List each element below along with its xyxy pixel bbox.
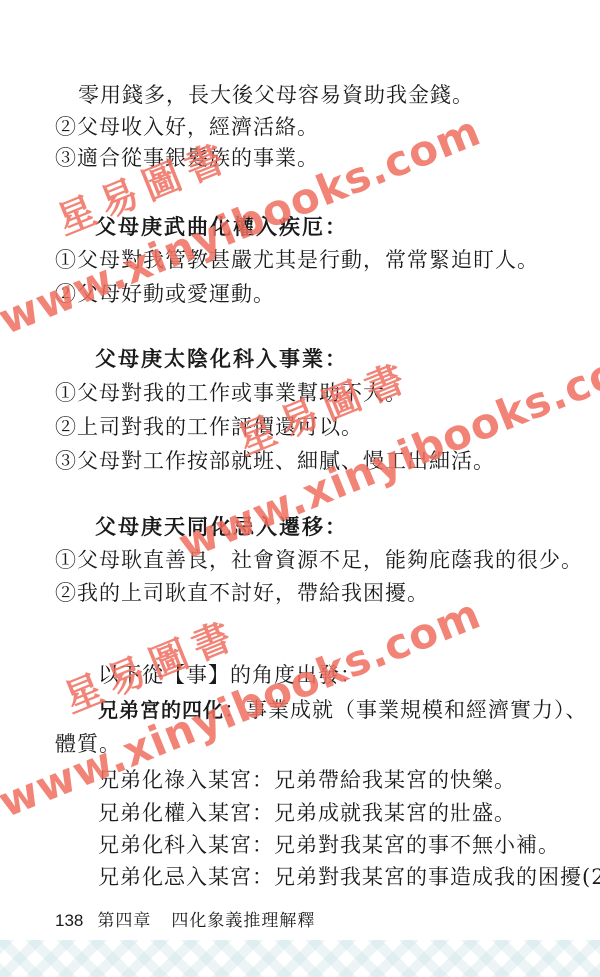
siblings-line: 兄弟宮的四化：事業成就（事業規模和經濟實力）、 xyxy=(98,697,588,723)
text-line: ③適合從事銀髮族的事業。 xyxy=(55,145,319,171)
siblings-continuation: 體質。 xyxy=(55,731,121,757)
list-item: 兄弟化科入某宮：兄弟對我某宮的事不無小補。 xyxy=(98,832,560,858)
siblings-text: ：事業成就（事業規模和經濟實力）、 xyxy=(224,698,588,722)
text-line: ②父母收入好，經濟活絡。 xyxy=(55,114,319,140)
section-heading: 父母庚天同化忌入遷移： xyxy=(95,514,348,540)
list-item: ②父母好動或愛運動。 xyxy=(55,281,275,307)
list-item: ①父母對我管教甚嚴尤其是行動，常常緊迫盯人。 xyxy=(55,247,539,273)
list-item: 兄弟化祿入某宮：兄弟帶給我某宮的快樂。 xyxy=(98,767,516,793)
list-item: 兄弟化權入某宮：兄弟成就我某宮的壯盛。 xyxy=(98,800,516,826)
list-item: ①父母耿直善良，社會資源不足，能夠庇蔭我的很少。 xyxy=(55,547,583,573)
chapter-title: 四化象義推理解釋 xyxy=(171,911,315,931)
section-heading: 父母庚太陰化科入事業： xyxy=(95,346,348,372)
list-item: ②上司對我的工作評價還可以。 xyxy=(55,414,363,440)
list-item: ②我的上司耿直不討好，帶給我困擾。 xyxy=(55,580,429,606)
list-item: 兄弟化忌入某宮：兄弟對我某宮的事造成我的困擾(2 xyxy=(98,864,600,890)
section-heading: 父母庚武曲化權入疾厄： xyxy=(95,214,348,240)
book-page: 零用錢多，長大後父母容易資助我金錢。 ②父母收入好，經濟活絡。 ③適合從事銀髮族… xyxy=(0,0,600,977)
page-number: 138 xyxy=(55,911,83,930)
text-line: 零用錢多，長大後父母容易資助我金錢。 xyxy=(78,82,474,108)
list-item: ①父母對我的工作或事業幫助不大。 xyxy=(55,380,407,406)
list-item: ③父母對工作按部就班、細膩、慢工出細活。 xyxy=(55,448,495,474)
page-footer: 138第四章四化象義推理解釋 xyxy=(55,906,315,931)
intro-line: 以下從【事】的角度出發： xyxy=(98,662,362,688)
decorative-pattern xyxy=(0,940,600,977)
chapter-label: 第四章 xyxy=(97,911,151,931)
siblings-label: 兄弟宮的四化 xyxy=(98,698,224,722)
